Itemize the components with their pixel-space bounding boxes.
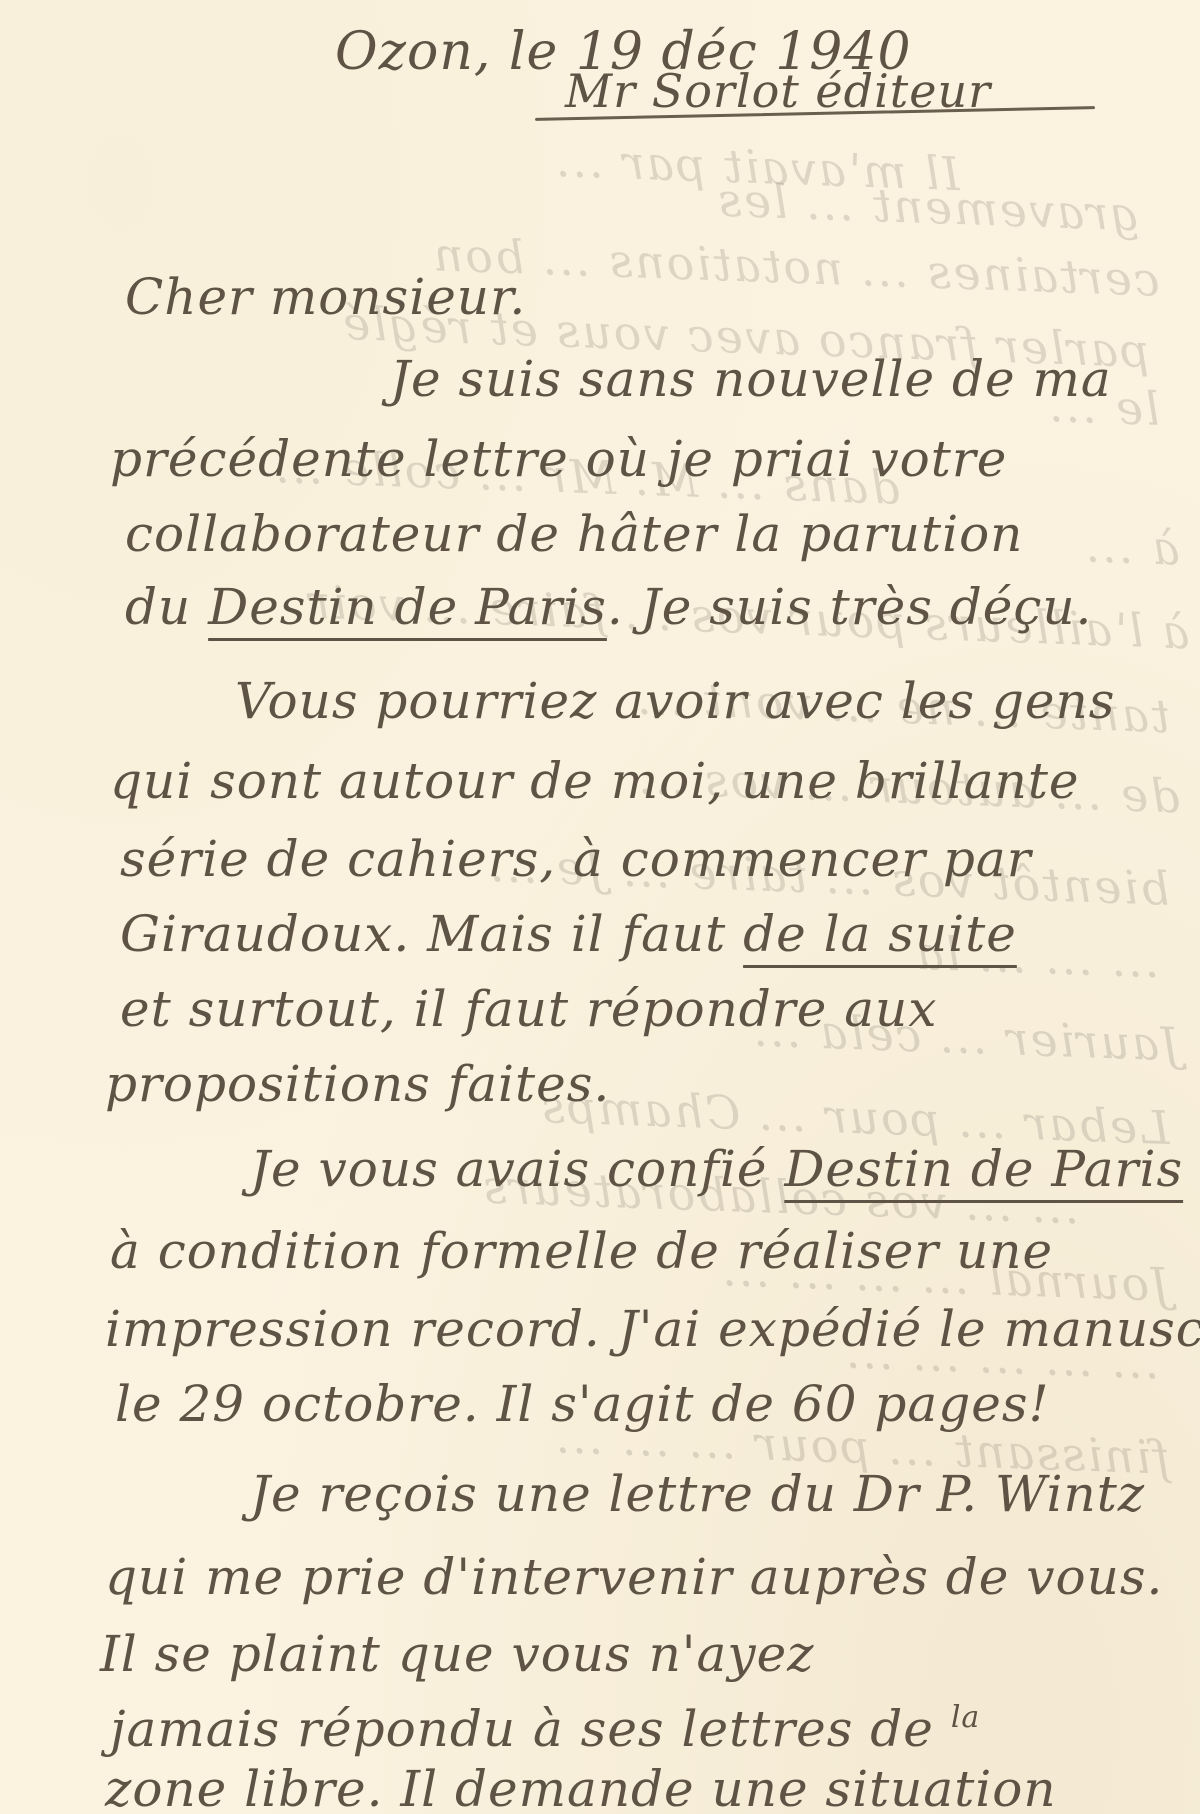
book-title-destin-de-paris: Destin de Paris [784, 1140, 1183, 1198]
body-line: à condition formelle de réaliser une [110, 1222, 1053, 1280]
body-text: Giraudoux. Mais il faut [120, 905, 726, 963]
body-line: Je reçois une lettre du Dr P. Wintz [250, 1465, 1145, 1523]
body-line: qui sont autour de moi, une brillante [110, 752, 1080, 810]
body-line: Je suis sans nouvelle de ma [390, 350, 1112, 408]
body-text: la [951, 1700, 980, 1735]
body-line: Je vous avais confié Destin de Paris [250, 1140, 1183, 1198]
salutation: Cher monsieur. [125, 268, 526, 326]
body-text: . Je suis très déçu. [607, 578, 1093, 636]
body-line: du Destin de Paris. Je suis très déçu. [125, 578, 1092, 636]
body-line: Il se plaint que vous n'ayez [100, 1625, 815, 1683]
body-text: jamais répondu à ses lettres de [110, 1700, 934, 1758]
body-line: impression record. J'ai expédié le manus… [105, 1300, 1200, 1358]
body-line: propositions faites. [105, 1055, 610, 1113]
body-line: le 29 octobre. Il s'agit de 60 pages! [115, 1375, 1050, 1433]
body-line: série de cahiers, à commencer par [120, 830, 1032, 888]
book-title-destin-de-paris: Destin de Paris [208, 578, 607, 636]
body-line: précédente lettre où je priai votre [110, 430, 1007, 488]
body-line: qui me prie d'intervenir auprès de vous. [105, 1548, 1163, 1606]
bleed-line: gravement ... les [715, 173, 1140, 242]
body-line: zone libre. Il demande une situation [105, 1760, 1057, 1814]
body-text: Je vous avais confié [250, 1140, 767, 1198]
bleed-line: Il m'avait par ... [553, 133, 960, 201]
body-line: jamais répondu à ses lettres de la [110, 1700, 980, 1758]
body-line: et surtout, il faut répondre aux [120, 980, 937, 1038]
body-line: collaborateur de hâter la parution [125, 505, 1023, 563]
letter-page: Il m'avait par ... gravement ... les cer… [0, 0, 1200, 1814]
underlined-phrase: de la suite [743, 905, 1017, 963]
body-line: Vous pourriez avoir avec les gens [235, 672, 1115, 730]
bleed-line: certaines ... notations ... bon [431, 227, 1161, 306]
bleed-line: à ... [1083, 518, 1181, 575]
body-text: du [125, 578, 191, 636]
body-line: Giraudoux. Mais il faut de la suite [120, 905, 1017, 963]
